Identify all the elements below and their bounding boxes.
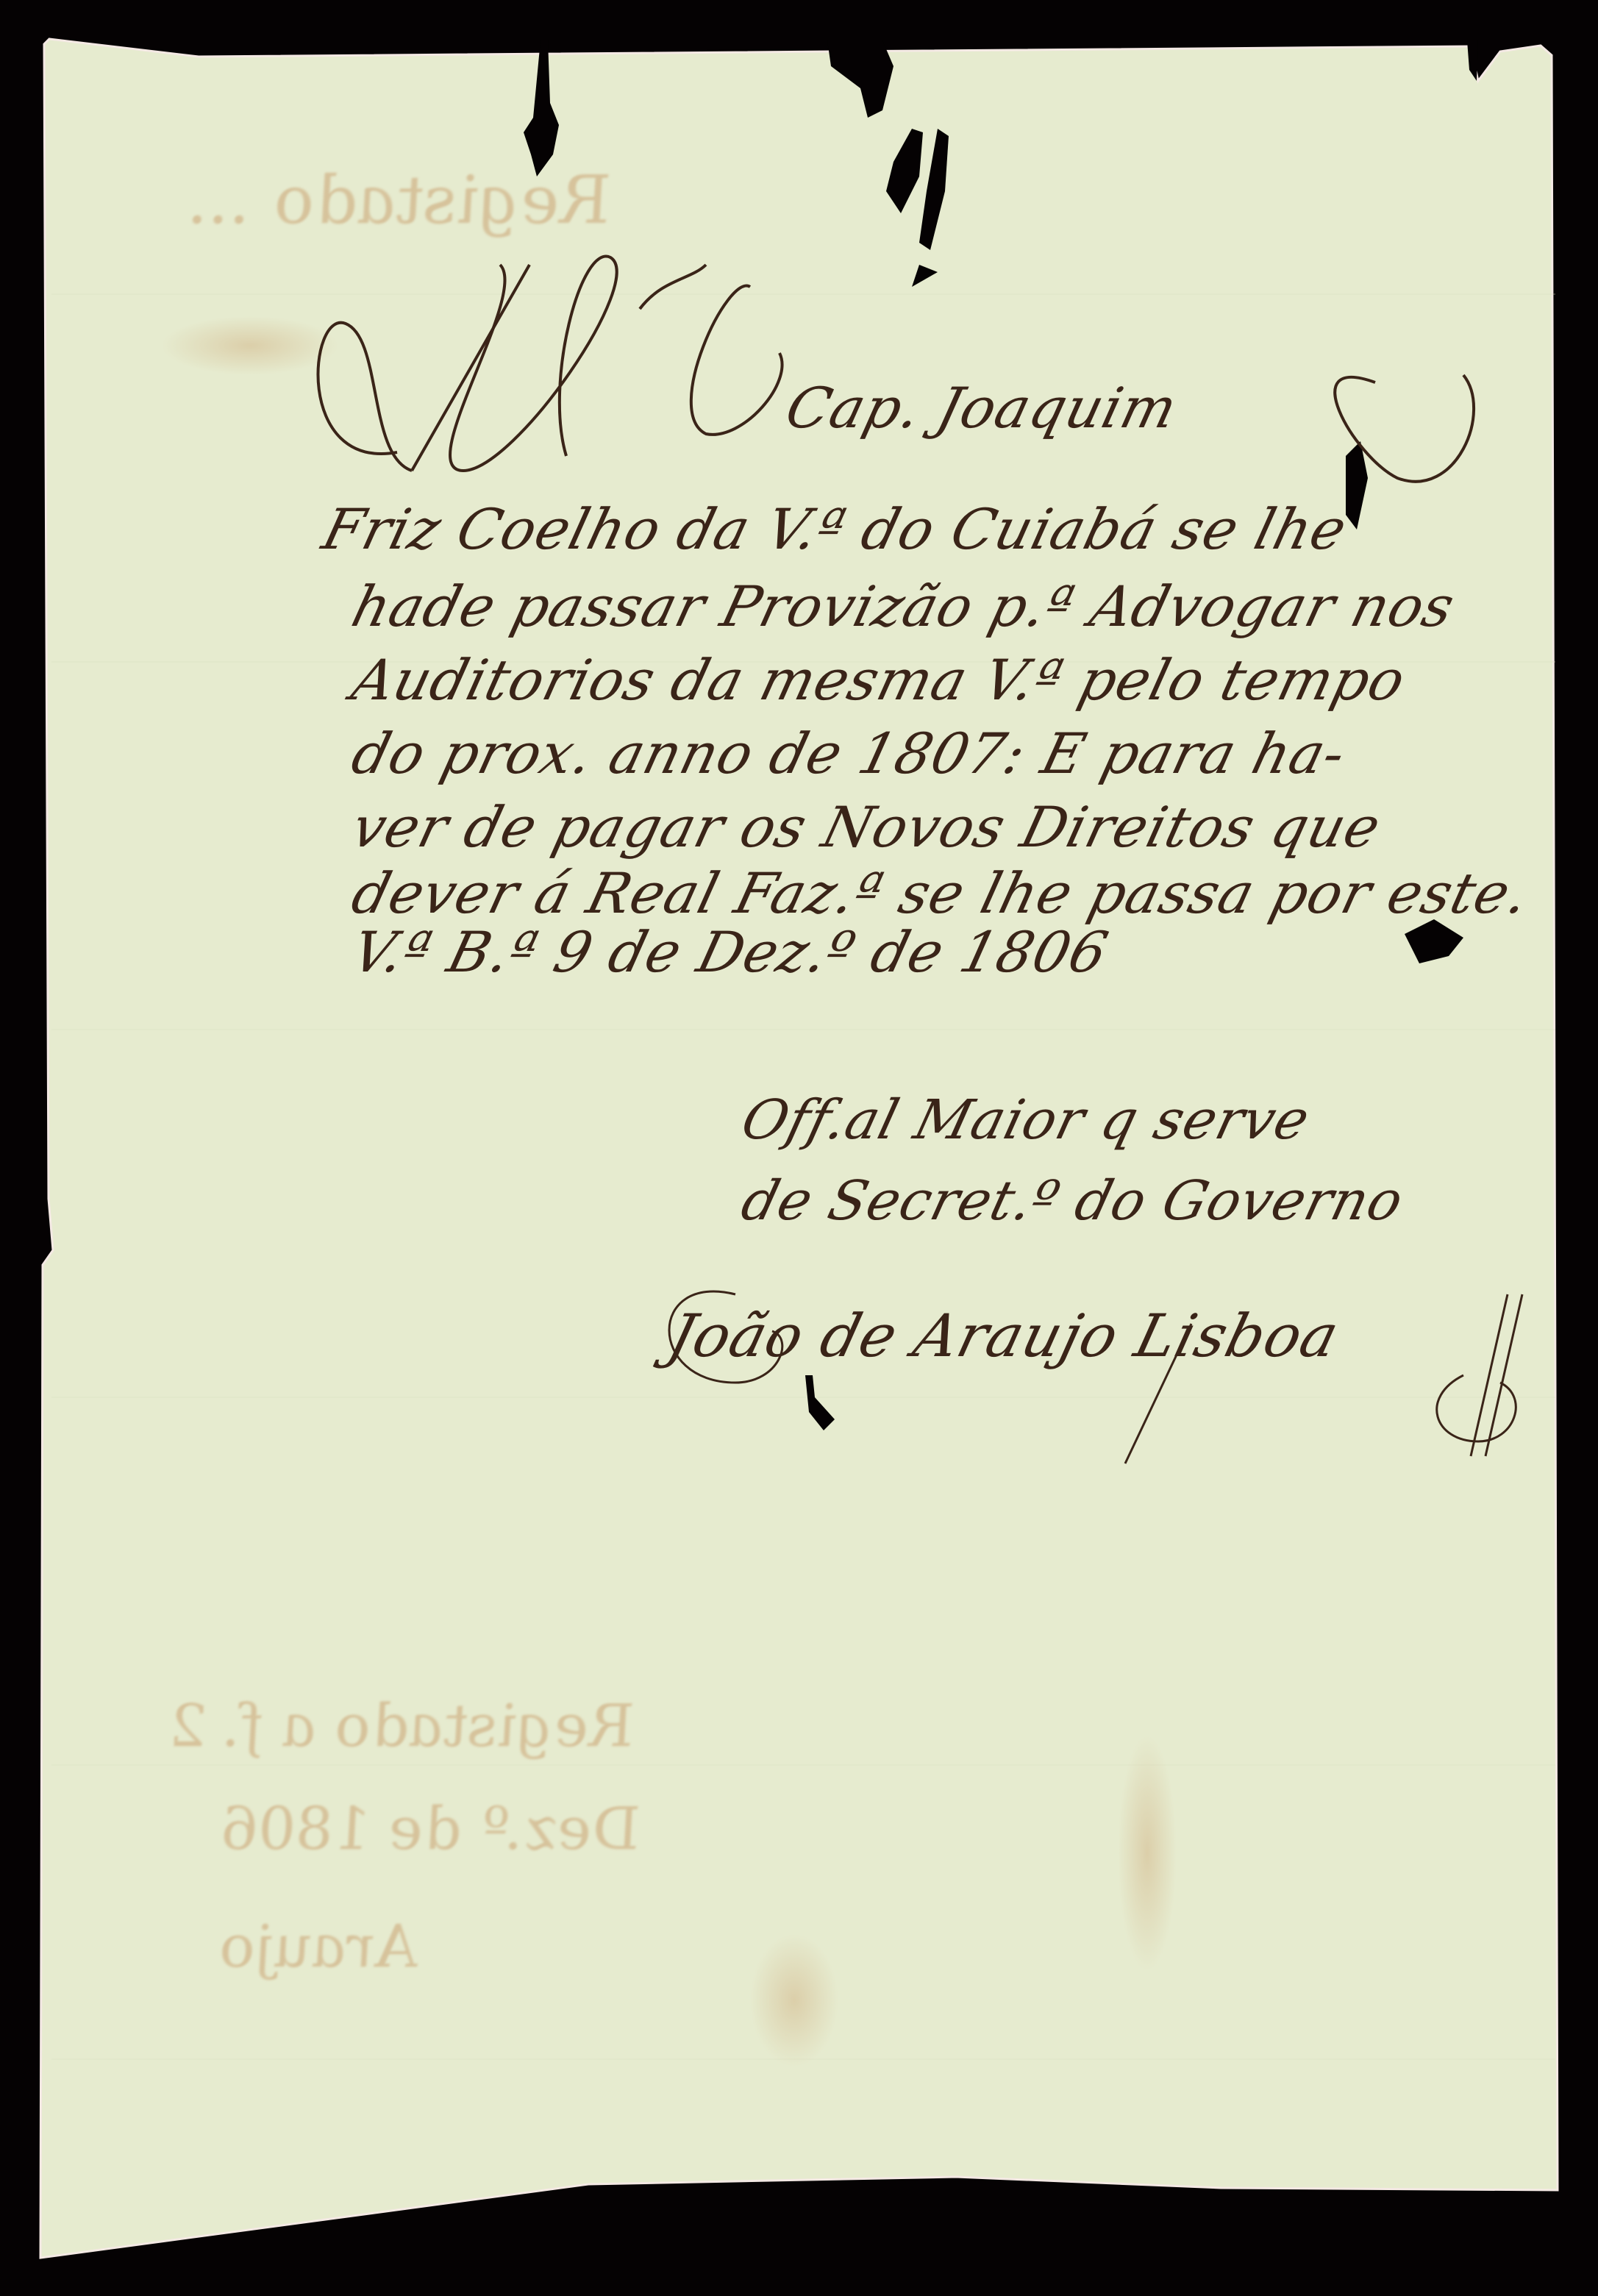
manuscript-page: Registado ... Registado a f. 2 Dez.º de … — [0, 0, 1598, 2296]
line-3: hade passar Provizão p.ª Advogar nos — [346, 574, 1461, 639]
bleed-through-line-2: Dez.º de 1806 — [212, 1794, 648, 1863]
line-5: do prox. anno de 1807: E para ha- — [346, 721, 1352, 786]
bleed-through-top: Registado ... — [182, 162, 620, 239]
line-date: V.ª B.ª 9 de Dez.º de 1806 — [346, 919, 1115, 985]
line-6: ver de pagar os Novos Direitos que — [346, 794, 1388, 860]
line-4: Auditorios da mesma V.ª pelo tempo — [346, 647, 1412, 713]
signature-title-1: Off.al Maior q serve — [735, 1088, 1316, 1152]
signature-title-2: de Secret.º do Governo — [735, 1169, 1410, 1233]
bleed-through-line-3: Araujo — [212, 1912, 426, 1981]
line-7: dever á Real Faz.ª se lhe passa por este… — [346, 860, 1536, 926]
bleed-through-line-1: Registado a f. 2 — [160, 1691, 642, 1760]
line-salutation-name: Cap. Joaquim — [780, 375, 1184, 441]
line-2: Friz Coelho da V.ª do Cuiabá se lhe — [316, 496, 1354, 562]
signature-name: João de Araujo Lisboa — [662, 1302, 1346, 1370]
